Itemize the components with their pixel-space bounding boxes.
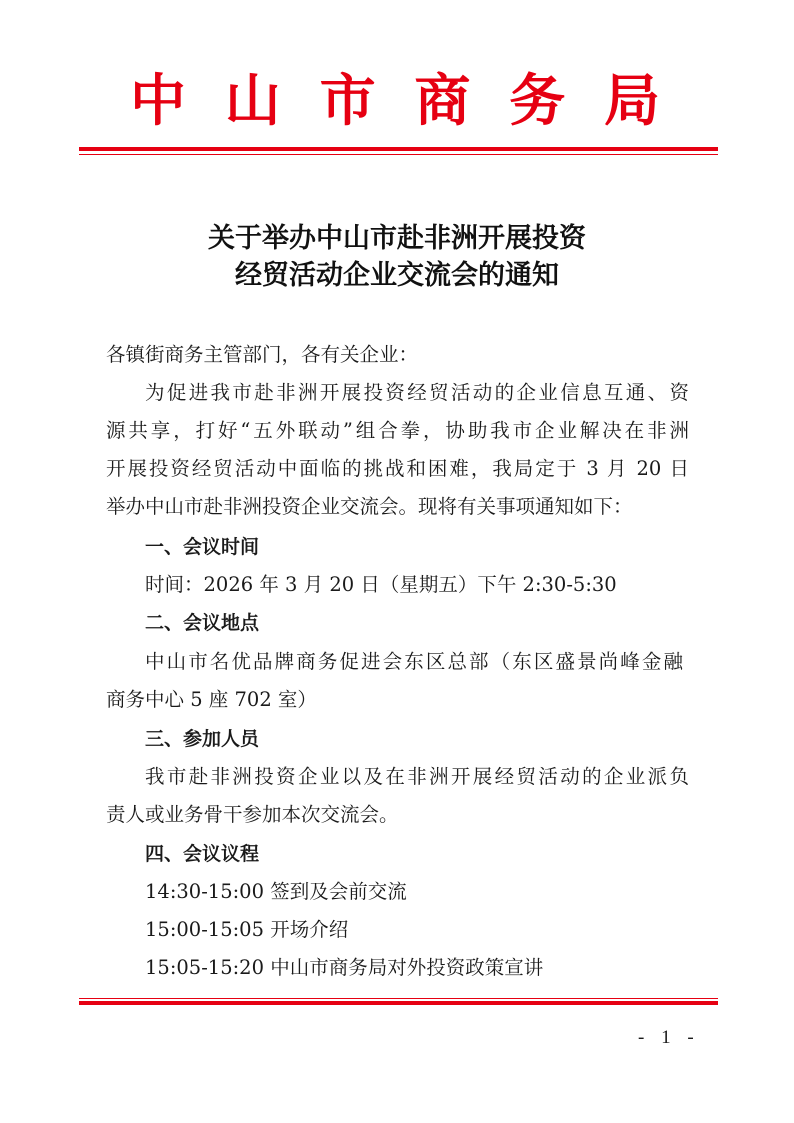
masthead-char: 商 — [414, 66, 470, 136]
meeting-location-line: 中山市名优品牌商务促进会东区总部（东区盛景尚峰金融 — [145, 649, 683, 675]
section-heading-agenda: 四、会议议程 — [145, 841, 259, 867]
agenda-time: 15:00-15:05 — [145, 918, 264, 941]
agenda-time: 15:05-15:20 — [145, 956, 264, 979]
masthead-char: 局 — [604, 66, 660, 136]
footer-rule-thick — [79, 1001, 718, 1005]
header-rule-thick — [79, 147, 718, 151]
document-title-line-2: 经贸活动企业交流会的通知 — [0, 256, 794, 296]
masthead-title: 中 山 市 商 务 局 — [78, 66, 718, 136]
intro-line: 源共享，打好“五外联动”组合拳，协助我市企业解决在非洲 — [106, 418, 689, 444]
masthead-char: 市 — [320, 66, 376, 136]
header-rule-thin — [79, 154, 718, 155]
agenda-description: 开场介绍 — [270, 918, 348, 941]
page-number: - 1 - — [638, 1026, 700, 1050]
intro-line: 开展投资经贸活动中面临的挑战和困难，我局定于 3 月 20 日 — [106, 456, 689, 482]
masthead-char: 中 — [130, 66, 186, 136]
agenda-item: 15:05-15:20 中山市商务局对外投资政策宣讲 — [145, 955, 543, 981]
participants-line: 责人或业务骨干参加本次交流会。 — [106, 802, 399, 828]
document-title-line-1: 关于举办中山市赴非洲开展投资 — [0, 219, 794, 259]
section-heading-time: 一、会议时间 — [145, 534, 259, 560]
agenda-item: 15:00-15:05 开场介绍 — [145, 917, 348, 943]
section-heading-location: 二、会议地点 — [145, 610, 259, 636]
salutation: 各镇街商务主管部门，各有关企业： — [106, 342, 418, 368]
agenda-time: 14:30-15:00 — [145, 880, 264, 903]
masthead-char: 务 — [509, 66, 565, 136]
intro-line: 为促进我市赴非洲开展投资经贸活动的企业信息互通、资 — [145, 380, 689, 406]
footer-rule-thin — [79, 998, 718, 999]
agenda-description: 中山市商务局对外投资政策宣讲 — [270, 956, 543, 979]
agenda-item: 14:30-15:00 签到及会前交流 — [145, 879, 407, 905]
meeting-location-line: 商务中心 5 座 702 室） — [106, 687, 317, 713]
agenda-description: 签到及会前交流 — [270, 880, 407, 903]
section-heading-participants: 三、参加人员 — [145, 726, 259, 752]
meeting-time: 时间：2026 年 3 月 20 日（星期五）下午 2:30-5:30 — [145, 572, 617, 598]
intro-line: 举办中山市赴非洲投资企业交流会。现将有关事项通知如下： — [106, 494, 633, 520]
participants-line: 我市赴非洲投资企业以及在非洲开展经贸活动的企业派负 — [145, 764, 689, 790]
masthead-char: 山 — [225, 66, 281, 136]
